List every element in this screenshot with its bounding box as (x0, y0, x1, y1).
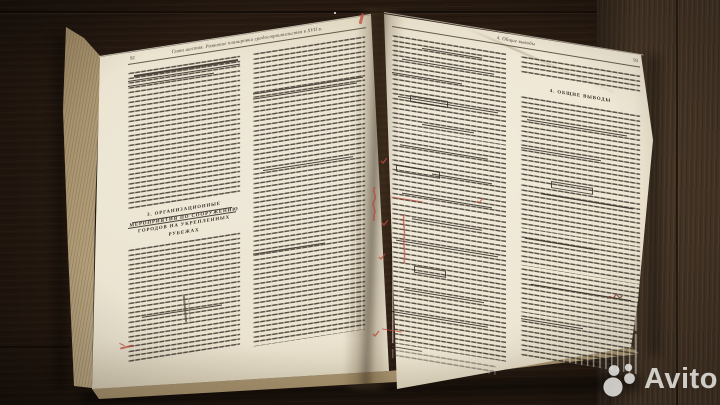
avito-watermark: Avito (601, 359, 718, 399)
greeked-text-block (253, 194, 365, 346)
book-photo-scene: 92 Глава шестая. Развитие планировки гра… (0, 0, 720, 405)
left-page-column-1: 3. ОРГАНИЗАЦИОННЫЕ МЕРОПРИЯТИЯ ПО СООРУЖ… (128, 56, 240, 369)
left-page-content: 92 Глава шестая. Развитие планировки гра… (128, 19, 366, 369)
right-page-column-2: 4. ОБЩИЕ ВЫВОДЫ (521, 56, 640, 367)
book-shadow-right (648, 55, 660, 355)
red-check-icon (381, 219, 389, 226)
right-page-number: 93 (633, 57, 638, 65)
right-page-content: 4. Общие выводы 93 (392, 18, 640, 405)
greeked-text-block (392, 203, 506, 362)
avito-wordmark: Avito (644, 363, 718, 396)
red-check-icon (378, 253, 386, 260)
left-page-column-2 (253, 36, 365, 349)
wood-plank-seam-top (0, 11, 600, 13)
red-line-mark (400, 214, 408, 264)
left-page-number: 92 (130, 55, 135, 63)
paper-speck (334, 12, 336, 14)
red-check-icon (372, 330, 380, 337)
avito-logo-icon (601, 359, 641, 399)
red-check-icon (380, 157, 388, 164)
margin-scribble-mark (605, 287, 627, 306)
red-squiggle-mark (369, 186, 381, 222)
wood-plank-seam-vertical (676, 0, 678, 405)
red-check-icon (476, 197, 484, 204)
right-page-column-1 (392, 35, 506, 388)
